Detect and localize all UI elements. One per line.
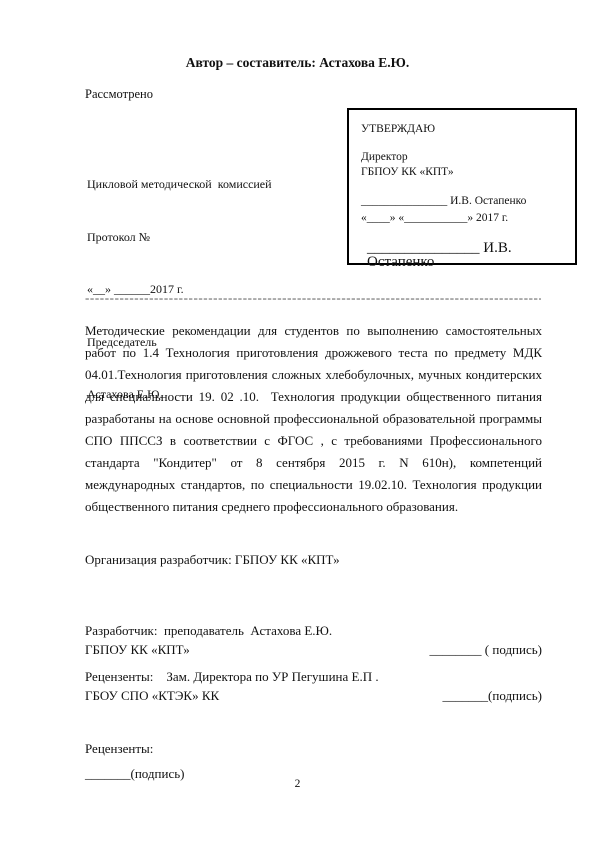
approval-box: УТВЕРЖДАЮ Директор ГБПОУ КК «КПТ» ______… [347,108,577,265]
reviewer1-organization: ГБОУ СПО «КТЭК» КК [85,686,219,705]
director-big-signature-line: _______________ И.В. Остапенко [361,241,565,269]
developer-name-line: Разработчик: преподаватель Астахова Е.Ю. [85,621,542,640]
reviewer-block-2: Рецензенты: _______(подпись) [85,739,184,783]
dashed-separator: ----------------------------------------… [85,290,541,306]
reviewer1-signature-line: _______(подпись) [443,686,542,705]
approval-date-line: «____» «___________» 2017 г. [361,211,565,225]
developer-block: Разработчик: преподаватель Астахова Е.Ю.… [85,621,542,659]
developer-organization: ГБПОУ КК «КПТ» [85,640,190,659]
approve-label: УТВЕРЖДАЮ [361,122,565,136]
reviewed-label: Рассмотрено [85,87,153,102]
committee-line: Протокол № [87,229,272,247]
document-page: Автор – составитель: Астахова Е.Ю. Рассм… [0,0,595,842]
abstract-paragraph: Методические рекомендации для студентов … [85,320,542,518]
committee-line: Цикловой методической комиссией [87,176,272,194]
director-organization: ГБПОУ КК «КПТ» [361,165,565,180]
director-position: Директор [361,150,565,165]
organization-developer-line: Организация разработчик: ГБПОУ КК «КПТ» [85,552,542,568]
director-signature-line: _______________ И.В. Остапенко [361,194,565,208]
reviewer2-label: Рецензенты: [85,739,184,758]
developer-signature-line: ________ ( подпись) [430,640,542,659]
page-title: Автор – составитель: Астахова Е.Ю. [0,55,595,71]
reviewer-block-1: Рецензенты: Зам. Директора по УР Пегушин… [85,667,542,705]
page-number: 2 [0,778,595,790]
reviewer1-name-line: Рецензенты: Зам. Директора по УР Пегушин… [85,667,542,686]
